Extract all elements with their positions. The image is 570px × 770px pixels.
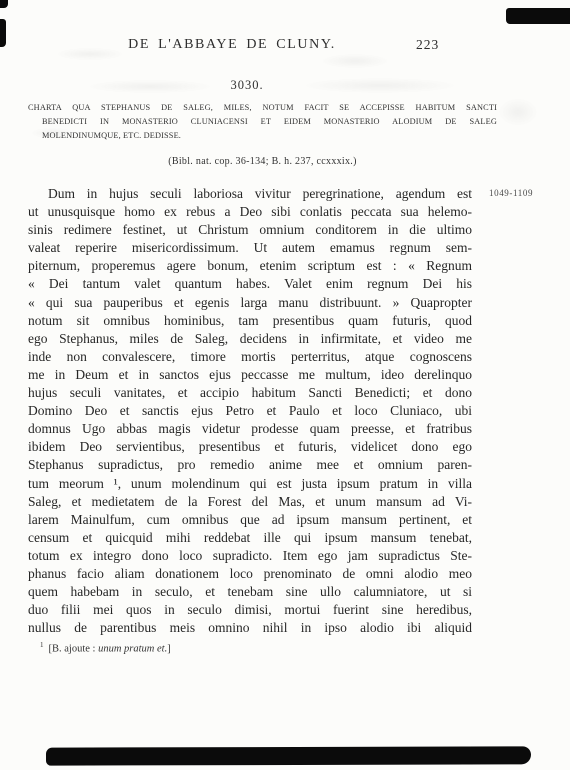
charter-body-line: piternum, properemus agere bonum, etenim…: [28, 257, 472, 275]
scan-smudge: [320, 54, 390, 68]
charter-body-line: Stephanus supradictus, pro remedio anime…: [28, 456, 472, 474]
scan-artifact-bottom-bar: [46, 746, 531, 765]
charter-body-line: nullus de parentibus meis omnino nihil i…: [28, 619, 472, 637]
charter-summary-line: CHARTA QUA STEPHANUS DE SALEG, MILES, NO…: [28, 101, 497, 115]
charter-body: Dum in hujus seculi laboriosa vivitur pe…: [28, 185, 472, 637]
charter-body-line: hujus seculi vanitates, et accipio habit…: [28, 384, 472, 402]
scan-artifact-top-right-bar: [506, 8, 570, 24]
charter-body-line: Dum in hujus seculi laboriosa vivitur pe…: [28, 185, 472, 203]
footnote-suffix: ]: [167, 644, 171, 655]
running-head: DE L'ABBAYE DE CLUNY.: [0, 37, 464, 53]
charter-body-line: Domino Deo et sanctis ejus Petro et Paul…: [28, 402, 472, 420]
charter-body-line: Saleg, et medietatem de la Forest del Ma…: [28, 493, 472, 511]
scanned-book-page: DE L'ABBAYE DE CLUNY. 223 3030. CHARTA Q…: [0, 0, 570, 770]
charter-body-line: « qui sua pauperibus et egenis larga man…: [28, 294, 472, 312]
charter-body-line: ego Stephanus, miles de Saleg, decidens …: [28, 330, 472, 348]
margin-date: 1049-1109: [489, 188, 533, 198]
charter-summary-line: BENEDICTI IN MONASTERIO CLUNIACENSI ET E…: [28, 115, 497, 129]
charter-body-line: larem Mainulfum, cum omnibus que ad ipsu…: [28, 511, 472, 529]
charter-body-line: me in Deum et in sanctos ejus peccasse m…: [28, 366, 472, 384]
source-citation: (Bibl. nat. cop. 36-134; B. h. 237, ccxx…: [28, 156, 497, 167]
charter-body-line: domnus Ugo abbas magis videtur prodesse …: [28, 420, 472, 438]
page-number: 223: [416, 37, 439, 53]
footnote-marker: 1: [40, 641, 44, 649]
scan-artifact-top-left-mark: [0, 0, 8, 8]
charter-body-line: sinis redimere festinet, ut Christum omn…: [28, 221, 472, 239]
charter-summary-line: MOLENDINUMQUE, ETC. DEDISSE.: [28, 129, 497, 143]
charter-summary: CHARTA QUA STEPHANUS DE SALEG, MILES, NO…: [28, 101, 497, 143]
charter-body-line: duo filii mei quos in seculo dimisi, mor…: [28, 601, 472, 619]
charter-body-line: tum meorum ¹, unum molendinum qui est ju…: [28, 475, 472, 493]
footnote-italic-text: unum pratum et.: [98, 644, 167, 655]
charter-body-line: notum sit omnibus hominibus, tam present…: [28, 312, 472, 330]
charter-body-line: ut unusquisque homo ex rebus a Deo sibi …: [28, 203, 472, 221]
charter-body-line: valeat reperire misericordissimum. Ut au…: [28, 239, 472, 257]
charter-body-line: quem habebam in seculo, et tenebam sine …: [28, 583, 472, 601]
charter-number: 3030.: [0, 78, 494, 93]
charter-body-line: inde non convalescere, timore mortis per…: [28, 348, 472, 366]
charter-body-line: « Dei tantum valet quantum habes. Valet …: [28, 275, 472, 293]
charter-body-line: totum ex integro dono loco supradicto. I…: [28, 547, 472, 565]
charter-body-line: ibidem Deo servientibus, presentibus et …: [28, 438, 472, 456]
footnote-prefix: [B. ajoute :: [49, 644, 99, 655]
charter-body-line: censum et quicquid mihi reddebat ille qu…: [28, 529, 472, 547]
footnote: 1[B. ajoute : unum pratum et.]: [40, 641, 171, 655]
charter-body-line: phanus facio aliam donationem loco preno…: [28, 565, 472, 583]
scan-smudge: [498, 98, 538, 126]
